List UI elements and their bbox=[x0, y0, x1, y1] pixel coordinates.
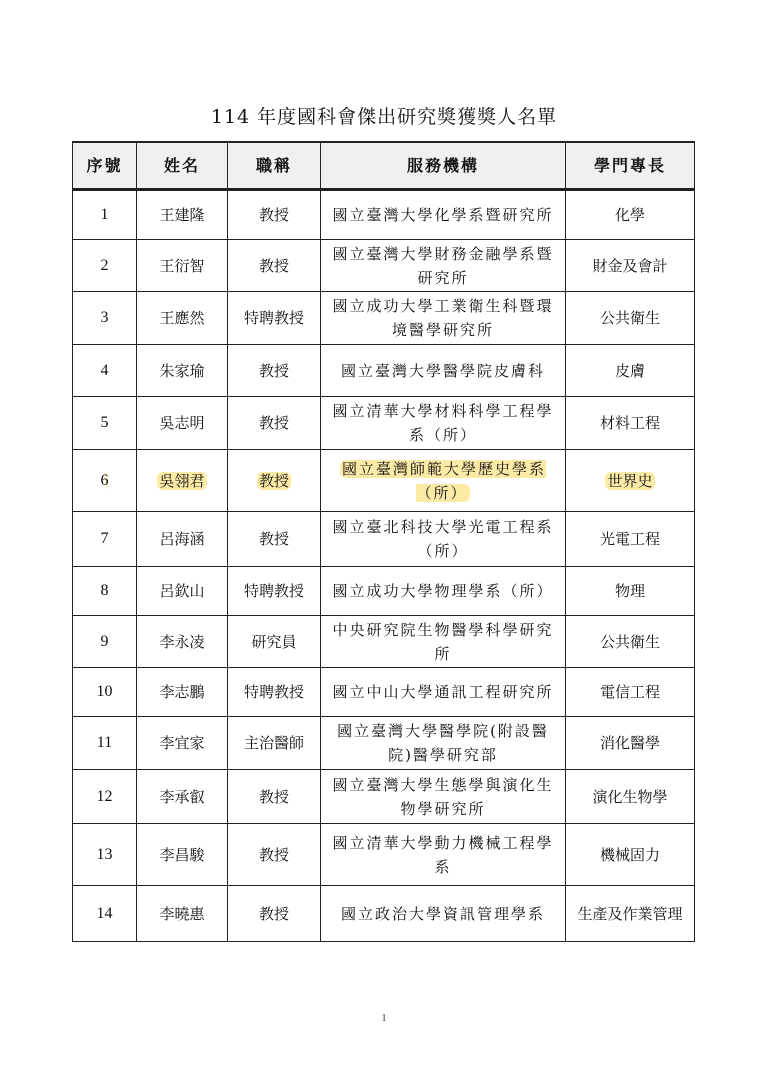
cell-name: 李志鵬 bbox=[137, 668, 228, 717]
cell-field-text: 演化生物學 bbox=[592, 788, 667, 806]
awardee-table: 序號 姓名 職稱 服務機構 學門專長 1王建隆教授國立臺灣大學化學系暨研究所化學… bbox=[72, 141, 695, 942]
cell-title-text: 教授 bbox=[259, 905, 289, 923]
cell-title: 教授 bbox=[228, 770, 321, 824]
cell-title: 特聘教授 bbox=[228, 567, 321, 616]
cell-no: 3 bbox=[73, 292, 137, 345]
cell-no: 12 bbox=[73, 770, 137, 824]
cell-title-text: 教授 bbox=[259, 362, 289, 380]
cell-no: 5 bbox=[73, 397, 137, 450]
table-row: 4朱家瑜教授國立臺灣大學醫學院皮膚科皮膚 bbox=[73, 345, 695, 397]
cell-no-text: 13 bbox=[97, 846, 113, 863]
cell-org: 國立臺北科技大學光電工程系（所） bbox=[321, 512, 566, 567]
cell-no-text: 7 bbox=[101, 530, 109, 547]
cell-title-text: 教授 bbox=[259, 530, 289, 548]
table-row: 1王建隆教授國立臺灣大學化學系暨研究所化學 bbox=[73, 190, 695, 240]
table-row: 14李曉惠教授國立政治大學資訊管理學系生產及作業管理 bbox=[73, 886, 695, 942]
cell-no: 7 bbox=[73, 512, 137, 567]
cell-title-text: 教授 bbox=[259, 788, 289, 806]
cell-field: 世界史 bbox=[566, 450, 695, 512]
cell-org-text: 國立臺灣大學生態學與演化生物學研究所 bbox=[332, 776, 553, 818]
cell-org-text: 國立政治大學資訊管理學系 bbox=[341, 905, 545, 923]
cell-field: 材料工程 bbox=[566, 397, 695, 450]
cell-title-text: 特聘教授 bbox=[244, 309, 304, 327]
page-number: 1 bbox=[0, 1012, 768, 1024]
cell-name: 李曉惠 bbox=[137, 886, 228, 942]
cell-no-text: 6 bbox=[101, 472, 109, 489]
cell-no-text: 8 bbox=[101, 582, 109, 599]
cell-org: 國立臺灣大學生態學與演化生物學研究所 bbox=[321, 770, 566, 824]
cell-field-text: 消化醫學 bbox=[600, 734, 660, 752]
cell-name-text: 呂海涵 bbox=[159, 530, 204, 548]
table-header-row: 序號 姓名 職稱 服務機構 學門專長 bbox=[73, 142, 695, 190]
cell-field-text: 化學 bbox=[615, 206, 645, 224]
cell-field: 皮膚 bbox=[566, 345, 695, 397]
cell-field: 生產及作業管理 bbox=[566, 886, 695, 942]
cell-no: 8 bbox=[73, 567, 137, 616]
cell-field: 物理 bbox=[566, 567, 695, 616]
cell-no: 4 bbox=[73, 345, 137, 397]
cell-name: 李昌駿 bbox=[137, 824, 228, 886]
cell-field-text: 皮膚 bbox=[615, 362, 645, 380]
cell-no: 9 bbox=[73, 616, 137, 668]
cell-name-text: 李曉惠 bbox=[159, 905, 204, 923]
cell-no: 13 bbox=[73, 824, 137, 886]
cell-name: 王建隆 bbox=[137, 190, 228, 240]
cell-name-text: 吳翎君 bbox=[157, 472, 206, 490]
table-row: 12李承叡教授國立臺灣大學生態學與演化生物學研究所演化生物學 bbox=[73, 770, 695, 824]
cell-title-text: 教授 bbox=[259, 206, 289, 224]
cell-field-text: 公共衛生 bbox=[600, 633, 660, 651]
cell-name: 朱家瑜 bbox=[137, 345, 228, 397]
cell-org: 國立成功大學物理學系（所） bbox=[321, 567, 566, 616]
cell-no: 14 bbox=[73, 886, 137, 942]
cell-title: 教授 bbox=[228, 886, 321, 942]
cell-name: 吳志明 bbox=[137, 397, 228, 450]
header-title: 職稱 bbox=[228, 142, 321, 190]
cell-field: 光電工程 bbox=[566, 512, 695, 567]
cell-field: 電信工程 bbox=[566, 668, 695, 717]
cell-field-text: 公共衛生 bbox=[600, 309, 660, 327]
cell-org-text: 國立清華大學動力機械工程學系 bbox=[332, 834, 553, 876]
cell-field-text: 世界史 bbox=[605, 472, 654, 490]
cell-org-text: 國立中山大學通訊工程研究所 bbox=[332, 683, 553, 701]
cell-name: 王應然 bbox=[137, 292, 228, 345]
cell-org-text: 國立成功大學工業衛生科暨環境醫學研究所 bbox=[332, 297, 553, 339]
cell-title: 特聘教授 bbox=[228, 292, 321, 345]
cell-name: 李永凌 bbox=[137, 616, 228, 668]
table-row: 8呂欽山特聘教授國立成功大學物理學系（所）物理 bbox=[73, 567, 695, 616]
table-row: 7呂海涵教授國立臺北科技大學光電工程系（所）光電工程 bbox=[73, 512, 695, 567]
cell-title-text: 研究員 bbox=[251, 633, 296, 651]
cell-title: 教授 bbox=[228, 450, 321, 512]
cell-field-text: 電信工程 bbox=[600, 683, 660, 701]
cell-org: 國立臺灣師範大學歷史學系（所） bbox=[321, 450, 566, 512]
cell-field: 演化生物學 bbox=[566, 770, 695, 824]
cell-field-text: 物理 bbox=[615, 582, 645, 600]
table-row: 2王衍智教授國立臺灣大學財務金融學系暨研究所財金及會計 bbox=[73, 240, 695, 292]
cell-name-text: 李永凌 bbox=[159, 633, 204, 651]
cell-org: 國立臺灣大學財務金融學系暨研究所 bbox=[321, 240, 566, 292]
cell-org: 國立政治大學資訊管理學系 bbox=[321, 886, 566, 942]
cell-name: 呂海涵 bbox=[137, 512, 228, 567]
cell-title-text: 教授 bbox=[259, 846, 289, 864]
cell-field-text: 材料工程 bbox=[600, 414, 660, 432]
header-name: 姓名 bbox=[137, 142, 228, 190]
cell-name-text: 李志鵬 bbox=[159, 683, 204, 701]
cell-no-text: 1 bbox=[101, 206, 109, 223]
table-row: 13李昌駿教授國立清華大學動力機械工程學系機械固力 bbox=[73, 824, 695, 886]
cell-field: 財金及會計 bbox=[566, 240, 695, 292]
cell-no-text: 10 bbox=[97, 683, 113, 700]
table-row: 11李宜家主治醫師國立臺灣大學醫學院(附設醫院)醫學研究部消化醫學 bbox=[73, 717, 695, 770]
cell-title: 教授 bbox=[228, 512, 321, 567]
table-row: 10李志鵬特聘教授國立中山大學通訊工程研究所電信工程 bbox=[73, 668, 695, 717]
cell-org: 國立臺灣大學醫學院皮膚科 bbox=[321, 345, 566, 397]
cell-no-text: 3 bbox=[101, 309, 109, 326]
cell-org-text: 國立清華大學材料科學工程學系（所） bbox=[332, 402, 553, 444]
table-row: 6吳翎君教授國立臺灣師範大學歷史學系（所）世界史 bbox=[73, 450, 695, 512]
cell-title: 教授 bbox=[228, 345, 321, 397]
cell-name: 王衍智 bbox=[137, 240, 228, 292]
cell-field: 消化醫學 bbox=[566, 717, 695, 770]
cell-field-text: 財金及會計 bbox=[592, 257, 667, 275]
cell-name-text: 呂欽山 bbox=[159, 582, 204, 600]
cell-org-text: 國立臺灣大學醫學院皮膚科 bbox=[341, 362, 545, 380]
cell-field-text: 光電工程 bbox=[600, 530, 660, 548]
cell-field: 公共衛生 bbox=[566, 292, 695, 345]
cell-name-text: 李承叡 bbox=[159, 788, 204, 806]
cell-field: 化學 bbox=[566, 190, 695, 240]
cell-no-text: 2 bbox=[101, 257, 109, 274]
cell-title: 教授 bbox=[228, 240, 321, 292]
cell-title: 教授 bbox=[228, 824, 321, 886]
cell-org-text: 國立臺灣師範大學歷史學系（所） bbox=[340, 460, 546, 502]
cell-no-text: 4 bbox=[101, 362, 109, 379]
header-org: 服務機構 bbox=[321, 142, 566, 190]
cell-no-text: 5 bbox=[101, 414, 109, 431]
cell-title-text: 特聘教授 bbox=[244, 582, 304, 600]
cell-org-text: 國立臺灣大學醫學院(附設醫院)醫學研究部 bbox=[337, 722, 549, 764]
document-title: 114 年度國科會傑出研究獎獲獎人名單 bbox=[0, 102, 768, 129]
cell-title-text: 教授 bbox=[259, 414, 289, 432]
cell-name-text: 王衍智 bbox=[159, 257, 204, 275]
cell-title: 主治醫師 bbox=[228, 717, 321, 770]
cell-name: 李承叡 bbox=[137, 770, 228, 824]
cell-org: 國立中山大學通訊工程研究所 bbox=[321, 668, 566, 717]
cell-title-text: 教授 bbox=[257, 472, 291, 490]
header-field: 學門專長 bbox=[566, 142, 695, 190]
cell-org: 國立清華大學材料科學工程學系（所） bbox=[321, 397, 566, 450]
cell-no: 6 bbox=[73, 450, 137, 512]
cell-title: 教授 bbox=[228, 397, 321, 450]
cell-name-text: 王應然 bbox=[159, 309, 204, 327]
table-row: 5吳志明教授國立清華大學材料科學工程學系（所）材料工程 bbox=[73, 397, 695, 450]
cell-org: 國立臺灣大學醫學院(附設醫院)醫學研究部 bbox=[321, 717, 566, 770]
cell-field: 公共衛生 bbox=[566, 616, 695, 668]
cell-org: 中央研究院生物醫學科學研究所 bbox=[321, 616, 566, 668]
cell-org-text: 國立臺北科技大學光電工程系（所） bbox=[332, 518, 553, 560]
cell-title-text: 主治醫師 bbox=[244, 734, 304, 752]
cell-field: 機械固力 bbox=[566, 824, 695, 886]
cell-org-text: 國立臺灣大學化學系暨研究所 bbox=[332, 206, 553, 224]
cell-name-text: 王建隆 bbox=[159, 206, 204, 224]
cell-title-text: 特聘教授 bbox=[244, 683, 304, 701]
cell-name-text: 朱家瑜 bbox=[159, 362, 204, 380]
cell-name: 吳翎君 bbox=[137, 450, 228, 512]
cell-name: 呂欽山 bbox=[137, 567, 228, 616]
cell-title-text: 教授 bbox=[259, 257, 289, 275]
cell-no: 11 bbox=[73, 717, 137, 770]
cell-no-text: 9 bbox=[101, 633, 109, 650]
cell-title: 特聘教授 bbox=[228, 668, 321, 717]
cell-org-text: 國立臺灣大學財務金融學系暨研究所 bbox=[332, 245, 553, 287]
cell-title: 研究員 bbox=[228, 616, 321, 668]
cell-no-text: 14 bbox=[97, 905, 113, 922]
cell-org-text: 國立成功大學物理學系（所） bbox=[332, 582, 553, 600]
cell-name-text: 吳志明 bbox=[159, 414, 204, 432]
cell-name: 李宜家 bbox=[137, 717, 228, 770]
cell-no: 10 bbox=[73, 668, 137, 717]
header-no: 序號 bbox=[73, 142, 137, 190]
cell-title: 教授 bbox=[228, 190, 321, 240]
table-row: 3王應然特聘教授國立成功大學工業衛生科暨環境醫學研究所公共衛生 bbox=[73, 292, 695, 345]
cell-no-text: 12 bbox=[97, 788, 113, 805]
cell-no: 1 bbox=[73, 190, 137, 240]
cell-no-text: 11 bbox=[97, 734, 112, 751]
cell-name-text: 李宜家 bbox=[159, 734, 204, 752]
cell-no: 2 bbox=[73, 240, 137, 292]
cell-org-text: 中央研究院生物醫學科學研究所 bbox=[332, 621, 553, 663]
cell-org: 國立臺灣大學化學系暨研究所 bbox=[321, 190, 566, 240]
cell-field-text: 生產及作業管理 bbox=[577, 905, 682, 923]
cell-org: 國立成功大學工業衛生科暨環境醫學研究所 bbox=[321, 292, 566, 345]
cell-org: 國立清華大學動力機械工程學系 bbox=[321, 824, 566, 886]
cell-name-text: 李昌駿 bbox=[159, 846, 204, 864]
cell-field-text: 機械固力 bbox=[600, 846, 660, 864]
table-row: 9李永凌研究員中央研究院生物醫學科學研究所公共衛生 bbox=[73, 616, 695, 668]
